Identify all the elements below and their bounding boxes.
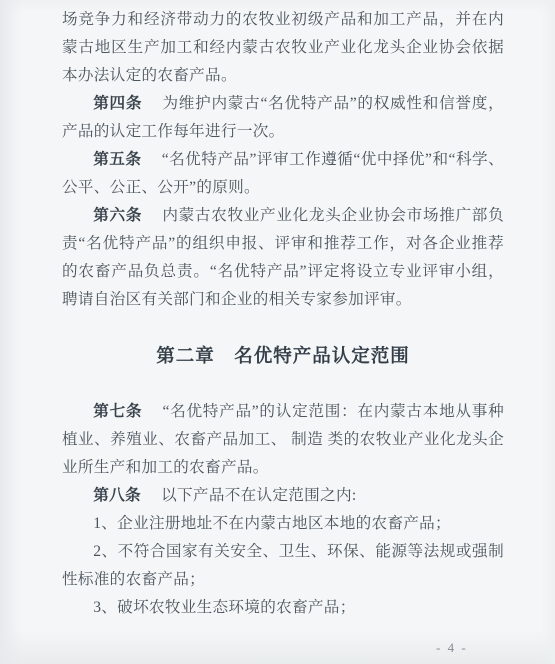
article-7-number: 第七条 [93, 403, 142, 420]
paragraph-text: 以下产品不在认定范围之内: [161, 487, 356, 504]
page-number: - 4 - [436, 640, 468, 656]
chapter-heading: 第二章 名优特产品认定范围 [62, 342, 504, 370]
list-item-text: 2、不符合国家有关安全、卫生、环保、能源等法规或强制性标准的农畜产品； [62, 543, 504, 588]
article-5-paragraph: 第五条“名优特产品”评审工作遵循“优中择优”和“科学、公平、公正、公开”的原则。 [62, 146, 504, 202]
article-7-paragraph: 第七条“名优特产品”的认定范围：在内蒙古本地从事种植业、养殖业、农畜产品加工、 … [62, 398, 504, 482]
list-item-text: 3、破坏农牧业生态环境的农畜产品； [93, 599, 355, 616]
list-item-1: 1、企业注册地址不在内蒙古地区本地的农畜产品； [62, 510, 504, 538]
article-8-paragraph: 第八条以下产品不在认定范围之内: [62, 482, 504, 510]
article-6-paragraph: 第六条内蒙古农牧业产业化龙头企业协会市场推广部负责“名优特产品”的组织申报、评审… [62, 202, 504, 314]
list-item-2: 2、不符合国家有关安全、卫生、环保、能源等法规或强制性标准的农畜产品； [62, 538, 504, 594]
paragraph-text: 场竞争力和经济带动力的农牧业初级产品和加工产品，并在内蒙古地区生产加工和经内蒙古… [62, 11, 504, 84]
list-item-text: 1、企业注册地址不在内蒙古地区本地的农畜产品； [93, 515, 451, 532]
paragraph-continuation: 场竞争力和经济带动力的农牧业初级产品和加工产品，并在内蒙古地区生产加工和经内蒙古… [62, 6, 504, 90]
list-item-3: 3、破坏农牧业生态环境的农畜产品； [62, 594, 504, 622]
article-4-number: 第四条 [93, 95, 142, 112]
article-6-number: 第六条 [93, 207, 142, 224]
article-8-number: 第八条 [93, 487, 141, 504]
article-5-number: 第五条 [93, 151, 141, 168]
article-4-paragraph: 第四条为维护内蒙古“名优特产品”的权威性和信誉度，产品的认定工作每年进行一次。 [62, 90, 504, 146]
document-content: 场竞争力和经济带动力的农牧业初级产品和加工产品，并在内蒙古地区生产加工和经内蒙古… [62, 6, 504, 622]
document-page: 场竞争力和经济带动力的农牧业初级产品和加工产品，并在内蒙古地区生产加工和经内蒙古… [0, 0, 555, 664]
